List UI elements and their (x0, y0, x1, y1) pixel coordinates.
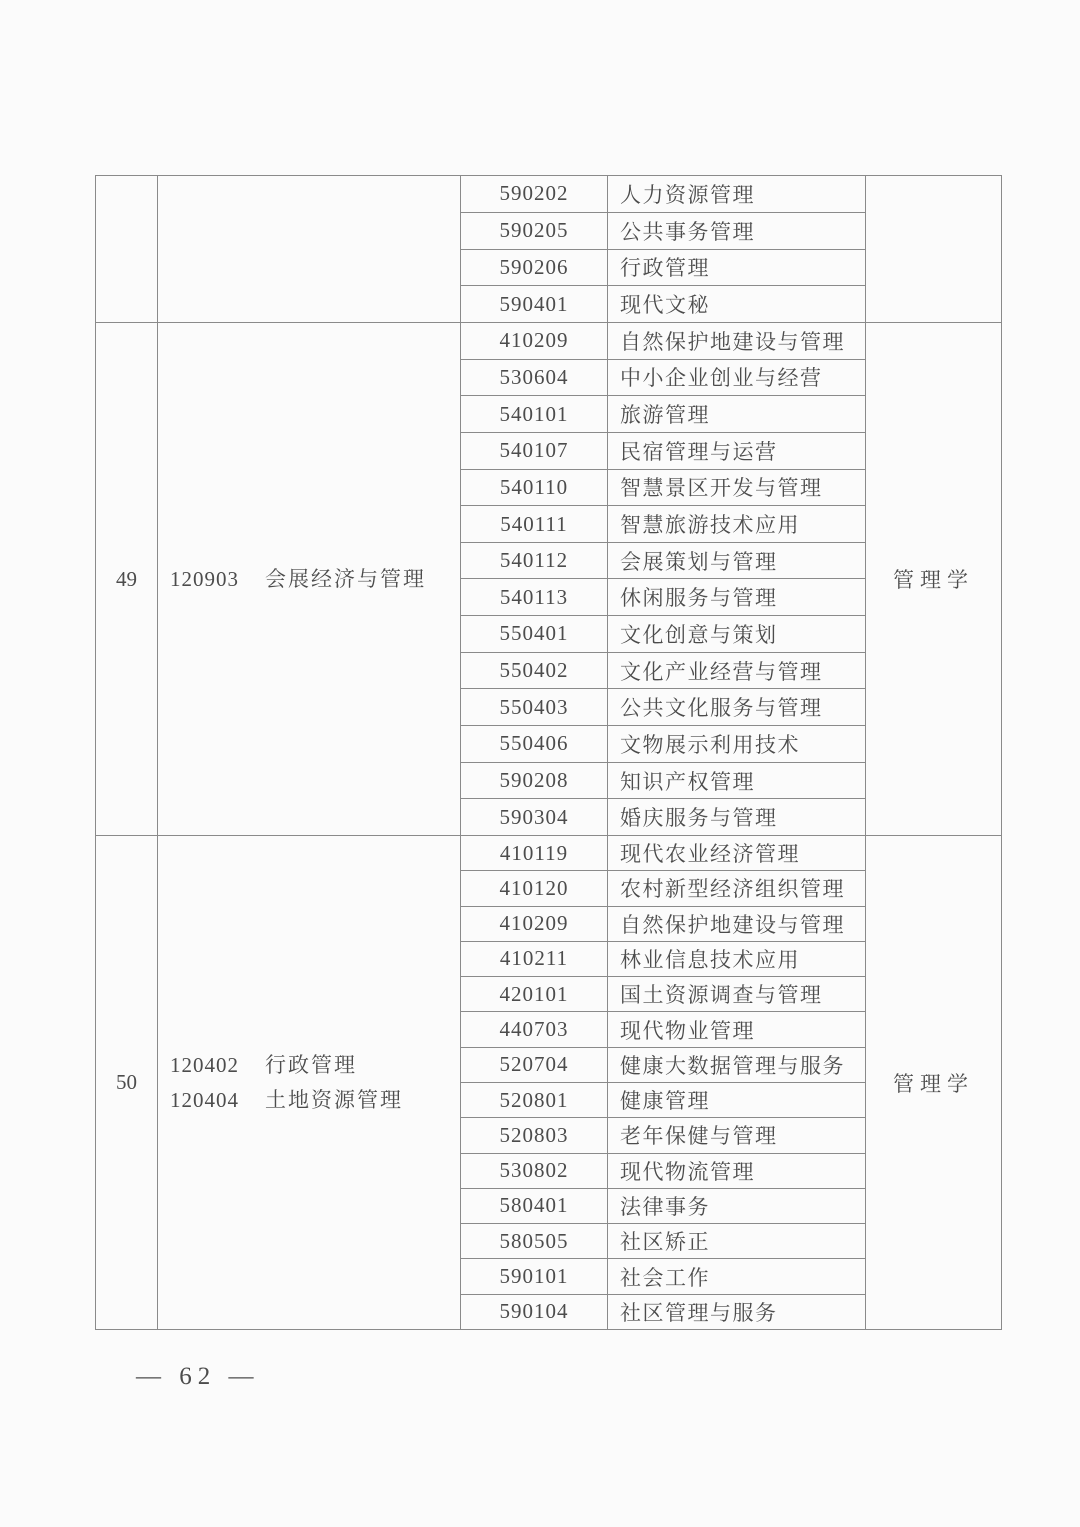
table-row: 410211 林业信息技术应用 (461, 942, 865, 977)
minor-name: 文物展示利用技术 (608, 726, 865, 762)
table-row: 550403 公共文化服务与管理 (461, 689, 865, 726)
major-code: 120402 (170, 1048, 239, 1083)
table-row: 520801 健康管理 (461, 1083, 865, 1118)
table-row: 580401 法律事务 (461, 1189, 865, 1224)
major-line: 120903 会展经济与管理 (170, 562, 460, 597)
major-line: 120402 行政管理 (170, 1048, 460, 1083)
major-name: 行政管理 (265, 1048, 357, 1083)
section-category-cell: 管理学 (866, 323, 1001, 835)
section-major-cell: 120903 会展经济与管理 (158, 323, 461, 835)
table-row: 550402 文化产业经营与管理 (461, 653, 865, 690)
minor-name: 旅游管理 (608, 396, 865, 432)
table-row: 540113 休闲服务与管理 (461, 579, 865, 616)
minor-code: 590401 (461, 286, 608, 322)
minor-name: 农村新型经济组织管理 (608, 871, 865, 905)
minor-name: 休闲服务与管理 (608, 579, 865, 615)
table-row: 590205 公共事务管理 (461, 213, 865, 250)
minor-code: 550406 (461, 726, 608, 762)
minor-name: 知识产权管理 (608, 763, 865, 799)
minor-code: 540111 (461, 506, 608, 542)
minor-name: 健康大数据管理与服务 (608, 1048, 865, 1082)
minor-name: 智慧旅游技术应用 (608, 506, 865, 542)
table-row: 410209 自然保护地建设与管理 (461, 323, 865, 360)
minor-code: 410209 (461, 907, 608, 941)
table-row: 590202 人力资源管理 (461, 176, 865, 213)
table-section: 49 120903 会展经济与管理 410209 自然保护地建设与管理 5306… (96, 323, 1001, 836)
table-row: 590104 社区管理与服务 (461, 1295, 865, 1329)
minor-code: 590206 (461, 250, 608, 286)
minor-name: 现代物流管理 (608, 1154, 865, 1188)
minor-code: 540113 (461, 579, 608, 615)
table-row: 590206 行政管理 (461, 250, 865, 287)
minor-code: 540112 (461, 543, 608, 579)
minor-code: 520803 (461, 1118, 608, 1152)
section-major-cell (158, 176, 461, 322)
table-row: 590304 婚庆服务与管理 (461, 799, 865, 835)
minor-code: 530604 (461, 360, 608, 396)
table-row: 410119 现代农业经济管理 (461, 836, 865, 871)
minor-name: 行政管理 (608, 250, 865, 286)
minor-code: 520704 (461, 1048, 608, 1082)
table-row: 550401 文化创意与策划 (461, 616, 865, 653)
minor-code: 590202 (461, 176, 608, 212)
minor-code: 590205 (461, 213, 608, 249)
minor-code: 580505 (461, 1224, 608, 1258)
major-code: 120404 (170, 1083, 239, 1118)
minor-code: 580401 (461, 1189, 608, 1223)
minor-name: 智慧景区开发与管理 (608, 470, 865, 506)
minor-code: 590208 (461, 763, 608, 799)
minor-code: 550403 (461, 689, 608, 725)
minor-name: 现代物业管理 (608, 1012, 865, 1046)
minor-name: 社会工作 (608, 1259, 865, 1293)
minor-name: 公共事务管理 (608, 213, 865, 249)
table-section: 50 120402 行政管理 120404 土地资源管理 410119 现代农业… (96, 836, 1001, 1329)
minor-name: 文化产业经营与管理 (608, 653, 865, 689)
minor-code: 590101 (461, 1259, 608, 1293)
table-row: 440703 现代物业管理 (461, 1012, 865, 1047)
minor-name: 健康管理 (608, 1083, 865, 1117)
minor-code: 540110 (461, 470, 608, 506)
table-row: 410209 自然保护地建设与管理 (461, 907, 865, 942)
major-code: 120903 (170, 562, 239, 597)
minor-name: 社区矫正 (608, 1224, 865, 1258)
minor-code: 540107 (461, 433, 608, 469)
table-row: 410120 农村新型经济组织管理 (461, 871, 865, 906)
section-number-cell (96, 176, 158, 322)
table-row: 590101 社会工作 (461, 1259, 865, 1294)
minor-name: 现代文秘 (608, 286, 865, 322)
page-number: — 62 — (136, 1363, 260, 1391)
minor-name: 社区管理与服务 (608, 1295, 865, 1329)
section-subrows: 410119 现代农业经济管理 410120 农村新型经济组织管理 410209… (461, 836, 866, 1329)
section-subrows: 410209 自然保护地建设与管理 530604 中小企业创业与经营 54010… (461, 323, 866, 835)
minor-name: 老年保健与管理 (608, 1118, 865, 1152)
minor-code: 590104 (461, 1295, 608, 1329)
minor-name: 人力资源管理 (608, 176, 865, 212)
table-row: 580505 社区矫正 (461, 1224, 865, 1259)
table-row: 420101 国土资源调查与管理 (461, 977, 865, 1012)
table-row: 550406 文物展示利用技术 (461, 726, 865, 763)
minor-code: 410211 (461, 942, 608, 976)
table-row: 540112 会展策划与管理 (461, 543, 865, 580)
minor-name: 婚庆服务与管理 (608, 799, 865, 835)
minor-name: 文化创意与策划 (608, 616, 865, 652)
table-row: 590208 知识产权管理 (461, 763, 865, 800)
minor-code: 410209 (461, 323, 608, 359)
minor-code: 590304 (461, 799, 608, 835)
minor-name: 现代农业经济管理 (608, 836, 865, 870)
table-section: 590202 人力资源管理 590205 公共事务管理 590206 行政管理 … (96, 176, 1001, 323)
majors-table: 590202 人力资源管理 590205 公共事务管理 590206 行政管理 … (95, 175, 1002, 1330)
minor-name: 自然保护地建设与管理 (608, 907, 865, 941)
document-page: 590202 人力资源管理 590205 公共事务管理 590206 行政管理 … (0, 0, 1080, 1527)
major-name: 土地资源管理 (265, 1083, 403, 1118)
table-row: 540101 旅游管理 (461, 396, 865, 433)
minor-code: 440703 (461, 1012, 608, 1046)
table-row: 590401 现代文秘 (461, 286, 865, 322)
minor-name: 中小企业创业与经营 (608, 360, 865, 396)
minor-code: 410119 (461, 836, 608, 870)
section-number-cell: 50 (96, 836, 158, 1329)
minor-code: 550401 (461, 616, 608, 652)
minor-name: 法律事务 (608, 1189, 865, 1223)
section-number-cell: 49 (96, 323, 158, 835)
section-major-cell: 120402 行政管理 120404 土地资源管理 (158, 836, 461, 1329)
table-row: 540110 智慧景区开发与管理 (461, 470, 865, 507)
section-category-cell: 管理学 (866, 836, 1001, 1329)
minor-name: 林业信息技术应用 (608, 942, 865, 976)
table-row: 530802 现代物流管理 (461, 1154, 865, 1189)
table-row: 540107 民宿管理与运营 (461, 433, 865, 470)
minor-name: 公共文化服务与管理 (608, 689, 865, 725)
minor-name: 自然保护地建设与管理 (608, 323, 865, 359)
minor-name: 民宿管理与运营 (608, 433, 865, 469)
minor-code: 530802 (461, 1154, 608, 1188)
major-line: 120404 土地资源管理 (170, 1083, 460, 1118)
minor-code: 540101 (461, 396, 608, 432)
section-category-cell (866, 176, 1001, 322)
minor-name: 国土资源调查与管理 (608, 977, 865, 1011)
section-subrows: 590202 人力资源管理 590205 公共事务管理 590206 行政管理 … (461, 176, 866, 322)
minor-code: 520801 (461, 1083, 608, 1117)
table-row: 530604 中小企业创业与经营 (461, 360, 865, 397)
table-row: 520704 健康大数据管理与服务 (461, 1048, 865, 1083)
minor-code: 410120 (461, 871, 608, 905)
minor-code: 550402 (461, 653, 608, 689)
major-name: 会展经济与管理 (265, 562, 426, 597)
table-row: 520803 老年保健与管理 (461, 1118, 865, 1153)
table-row: 540111 智慧旅游技术应用 (461, 506, 865, 543)
minor-name: 会展策划与管理 (608, 543, 865, 579)
minor-code: 420101 (461, 977, 608, 1011)
